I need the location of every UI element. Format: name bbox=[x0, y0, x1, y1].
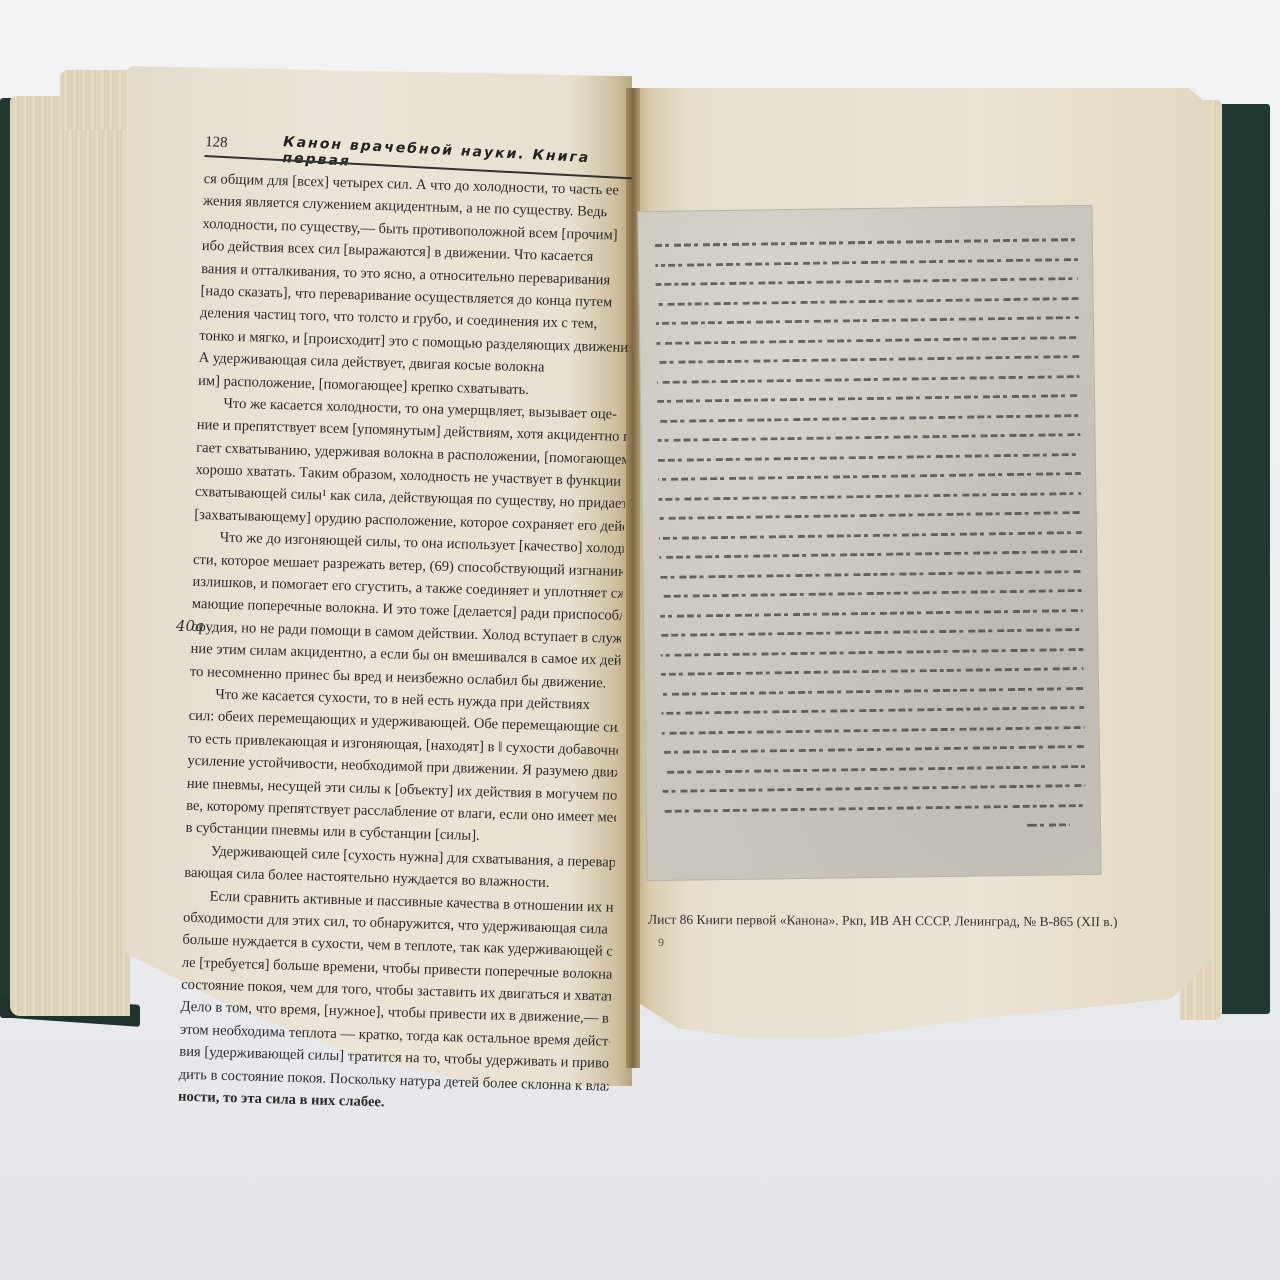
manuscript-line bbox=[662, 745, 1085, 754]
plate-caption: Лист 86 Книги первой «Канона». Ркп, ИВ А… bbox=[648, 912, 1118, 930]
page-number: 128 bbox=[205, 134, 228, 152]
manuscript-line bbox=[659, 550, 1082, 559]
manuscript-line bbox=[661, 687, 1084, 696]
manuscript-line bbox=[656, 355, 1079, 364]
manuscript-line bbox=[662, 784, 1085, 793]
folio-mark: 9 bbox=[658, 935, 664, 950]
manuscript-line bbox=[661, 706, 1084, 715]
manuscript-line bbox=[658, 433, 1081, 442]
manuscript-line bbox=[656, 297, 1079, 306]
manuscript-line bbox=[658, 472, 1081, 481]
manuscript-line bbox=[655, 238, 1078, 247]
manuscript-facsimile-plate bbox=[637, 205, 1101, 881]
manuscript-line bbox=[657, 414, 1080, 423]
manuscript-line bbox=[657, 394, 1080, 403]
manuscript-line bbox=[1027, 823, 1070, 827]
manuscript-line bbox=[660, 589, 1083, 598]
manuscript-line bbox=[660, 609, 1083, 618]
manuscript-line bbox=[659, 511, 1082, 520]
manuscript-line bbox=[655, 277, 1078, 286]
page-stack-left bbox=[10, 96, 130, 1016]
manuscript-line bbox=[662, 765, 1085, 774]
manuscript-line bbox=[657, 375, 1080, 384]
manuscript-line bbox=[659, 570, 1082, 579]
manuscript-line bbox=[656, 316, 1079, 325]
manuscript-line bbox=[663, 804, 1086, 813]
margin-note: 40a bbox=[176, 617, 204, 635]
manuscript-line bbox=[662, 726, 1085, 735]
manuscript-line bbox=[655, 258, 1078, 267]
manuscript-line bbox=[658, 492, 1081, 501]
manuscript-line bbox=[656, 336, 1079, 345]
body-text: ся общим для [всех] четырех сил. А что д… bbox=[178, 168, 634, 1120]
manuscript-line bbox=[659, 531, 1082, 540]
manuscript-line bbox=[661, 648, 1084, 657]
manuscript-line bbox=[661, 667, 1084, 676]
manuscript-line bbox=[658, 453, 1081, 462]
manuscript-line bbox=[660, 628, 1083, 637]
